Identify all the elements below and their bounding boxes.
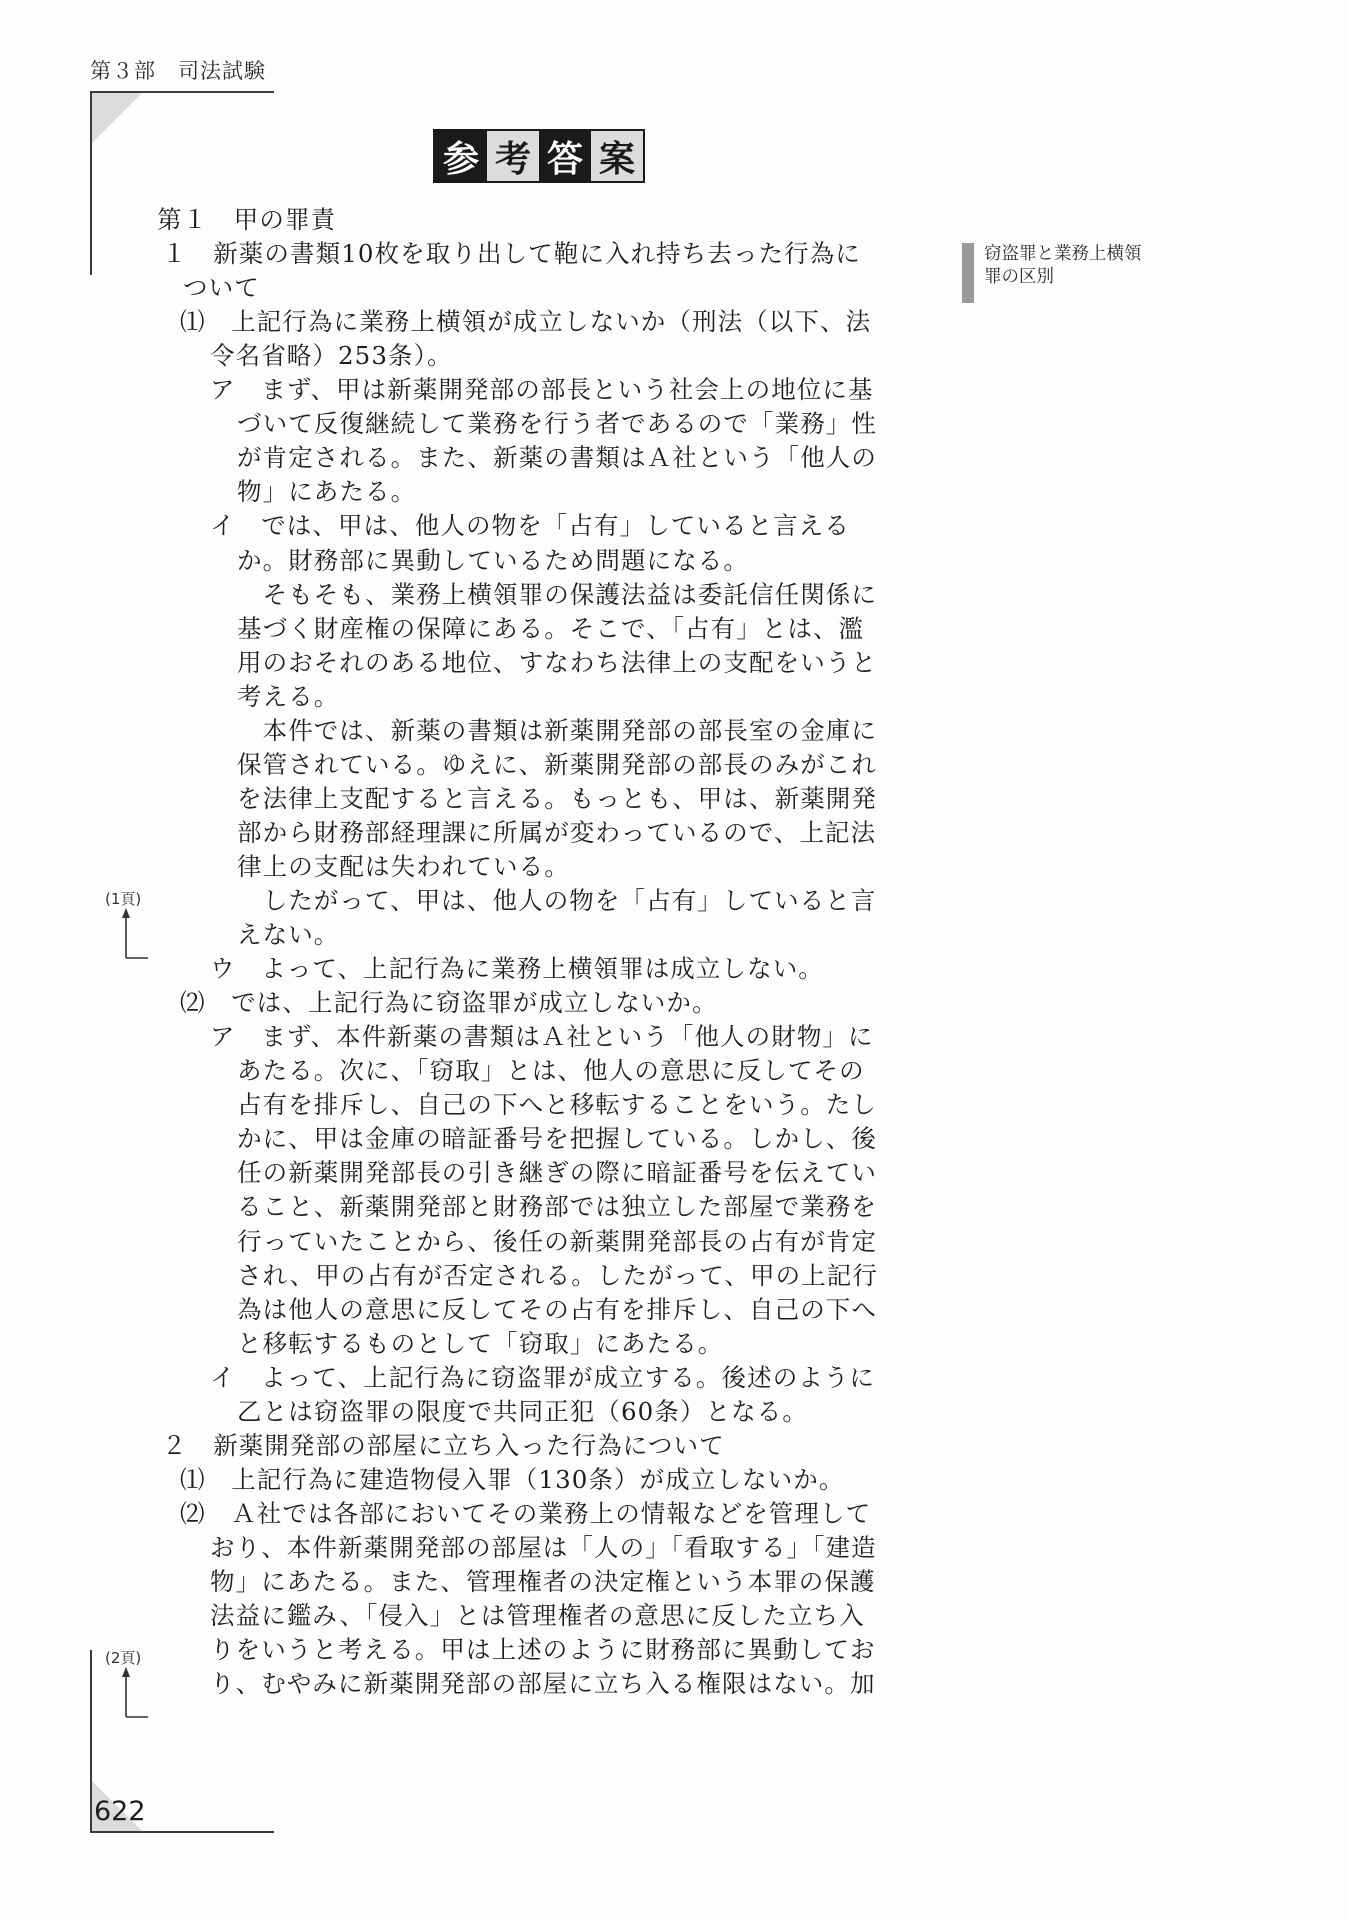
- text-line: され、甲の占有が否定される。したがって、甲の上記行: [237, 1259, 878, 1293]
- side-note-line: 罪の区別: [984, 266, 1204, 289]
- text-line: 律上の支配は失われている。: [237, 850, 570, 884]
- text-line: 為は他人の意思に反してその占有を排斥し、自己の下へ: [237, 1293, 877, 1327]
- text-line: えない。: [237, 918, 339, 952]
- text-line: 部から財務部経理課に所属が変わっているので、上記法: [237, 816, 876, 850]
- text-line: ⑵ では、上記行為に窃盗罪が成立しないか。: [180, 986, 718, 1020]
- text-line: ２ 新薬開発部の部屋に立ち入った行為について: [162, 1429, 725, 1463]
- title-block: 参 考 答 案: [433, 129, 645, 183]
- text-line: そもそも、業務上横領罪の保護法益は委託信任関係に: [237, 578, 877, 612]
- title-char-4: 案: [591, 131, 643, 181]
- text-line: 乙とは窃盗罪の限度で共同正犯（60条）となる。: [237, 1395, 808, 1429]
- text-line: り、むやみに新薬開発部の部屋に立ち入る権限はない。加: [210, 1667, 876, 1701]
- text-line: 令名省略）253条）。: [210, 339, 453, 373]
- text-line: 本件では、新薬の書類は新薬開発部の部長室の金庫に: [237, 714, 877, 748]
- text-line: ウ よって、上記行為に業務上横領罪は成立しない。: [210, 952, 824, 986]
- text-line: 基づく財産権の保障にある。そこで、「占有」とは、濫: [237, 612, 864, 646]
- text-line: 第１ 甲の罪責: [157, 203, 336, 237]
- text-line: イ では、甲は、他人の物を「占有」していると言える: [210, 509, 850, 543]
- text-line: ⑴ 上記行為に業務上横領が成立しないか（刑法（以下、法: [180, 305, 871, 339]
- text-line: づいて反復継続して業務を行う者であるので「業務」性: [237, 407, 877, 441]
- side-note: 窃盗罪と業務上横領 罪の区別: [962, 243, 1204, 289]
- return-arrow-icon: [118, 908, 152, 962]
- text-line: 考える。: [237, 680, 339, 714]
- frame-bottom-horizontal-rule: [90, 1831, 274, 1833]
- text-line: 用のおそれのある地位、すなわち法律上の支配をいうと: [237, 646, 877, 680]
- text-line: おり、本件新薬開発部の部屋は「人の」「看取する」「建造: [210, 1531, 877, 1565]
- text-line: りをいうと考える。甲は上述のように財務部に異動してお: [210, 1633, 876, 1667]
- text-line: を法律上支配すると言える。もっとも、甲は、新薬開発: [237, 782, 877, 816]
- text-line: あたる。次に、「窃取」とは、他人の意思に反してその: [237, 1054, 865, 1088]
- return-arrow-icon: [118, 1667, 152, 1721]
- text-line: 物」にあたる。また、管理権者の決定権という本罪の保護: [210, 1565, 876, 1599]
- text-line: 占有を排斥し、自己の下へと移転することをいう。たし: [237, 1088, 877, 1122]
- text-line: 物」にあたる。: [237, 475, 416, 509]
- text-line: イ よって、上記行為に窃盗罪が成立する。後述のように: [210, 1361, 875, 1395]
- title-char-3: 答: [539, 131, 591, 181]
- text-line: ア まず、本件新薬の書類はＡ社という「他人の財物」に: [210, 1020, 874, 1054]
- text-line: 法益に鑑み、「侵入」とは管理権者の意思に反した立ち入: [210, 1599, 865, 1633]
- frame-top-corner-triangle: [92, 93, 142, 143]
- title-char-1: 参: [435, 131, 487, 181]
- text-line: ア まず、甲は新薬開発部の部長という社会上の地位に基: [210, 373, 874, 407]
- text-line: 任の新薬開発部長の引き継ぎの際に暗証番号を伝えてい: [237, 1156, 877, 1190]
- text-line: ⑴ 上記行為に建造物侵入罪（130条）が成立しないか。: [180, 1463, 844, 1497]
- text-line: と移転するものとして「窃取」にあたる。: [237, 1327, 723, 1361]
- text-line: 保管されている。ゆえに、新薬開発部の部長のみがこれ: [237, 748, 877, 782]
- title-char-2: 考: [487, 131, 539, 181]
- text-line: ⑵ Ａ社では各部においてその業務上の情報などを管理して: [180, 1497, 871, 1531]
- page-marker-label: (2頁): [105, 1647, 141, 1668]
- text-line: ついて: [183, 271, 260, 305]
- text-line: ること、新薬開発部と財務部では独立した部屋で業務を: [237, 1190, 877, 1224]
- side-note-line: 窃盗罪と業務上横領: [984, 243, 1204, 266]
- text-line: が肯定される。また、新薬の書類はＡ社という「他人の: [237, 441, 877, 475]
- running-head: 第３部 司法試験: [90, 55, 266, 85]
- text-line: したがって、甲は、他人の物を「占有」していると言: [237, 884, 877, 918]
- text-line: １ 新薬の書類10枚を取り出して鞄に入れ持ち去った行為に: [162, 237, 861, 271]
- page-number: 622: [94, 1796, 146, 1827]
- page-marker-label: (1頁): [105, 888, 141, 909]
- text-line: 行っていたことから、後任の新薬開発部長の占有が肯定: [237, 1225, 877, 1259]
- text-line: か。財務部に異動しているため問題になる。: [237, 544, 749, 578]
- text-line: かに、甲は金庫の暗証番号を把握している。しかし、後: [237, 1122, 877, 1156]
